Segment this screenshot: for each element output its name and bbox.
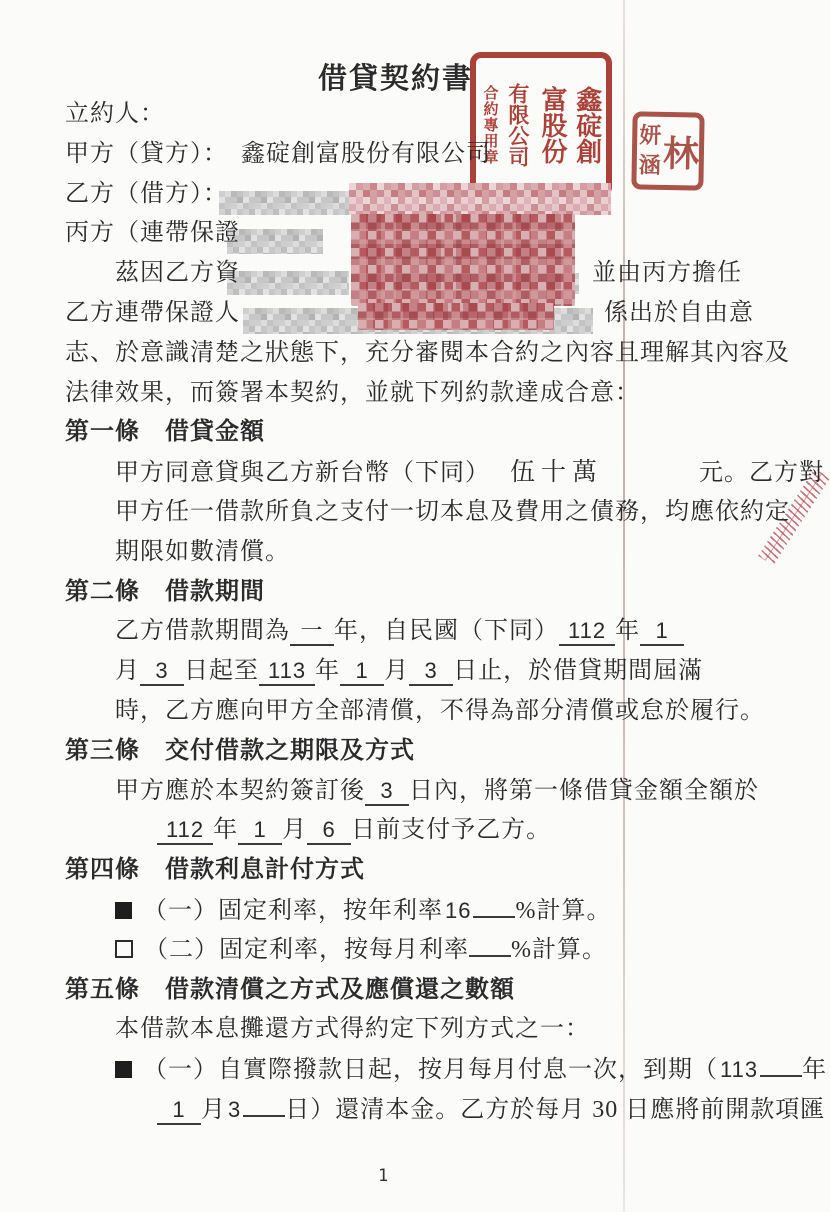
- line-text: 立約人：: [65, 101, 165, 127]
- contract-line: 乙方（借方）：: [65, 175, 785, 215]
- filled-number: 16: [443, 898, 473, 923]
- line-text: 甲方（貸方）： 鑫碇創富股份有限公司: [65, 141, 491, 167]
- contract-line: 本借款本息攤還方式得約定下列方式之一：: [65, 1010, 785, 1050]
- line-text: %計算。: [515, 898, 611, 924]
- line-text: 係出於自由意: [604, 300, 754, 326]
- blank-field: 3: [409, 658, 453, 686]
- article-heading-line: 第五條 借款清償之方式及應償還之數額: [65, 971, 785, 1011]
- line-text: 乙方（借方）：: [65, 181, 228, 207]
- contract-line: 時，乙方應向甲方全部清償，不得為部分清償或怠於履行。: [65, 692, 785, 732]
- document-title: 借貸契約書: [318, 56, 473, 97]
- blank-field: 113: [259, 658, 315, 686]
- line-text: 日止，於借貸期間屆滿: [453, 658, 703, 684]
- line-text: 日前支付予乙方。: [351, 817, 551, 843]
- contract-line: 立約人：: [65, 95, 785, 135]
- line-text: 日起至: [184, 658, 259, 684]
- contract-line: （一）自實際撥款日起，按月每月付息一次，到期（113年: [65, 1050, 785, 1090]
- line-text: 第三條 交付借款之期限及方式: [65, 738, 415, 764]
- contract-body: 立約人：甲方（貸方）： 鑫碇創富股份有限公司乙方（借方）：丙方（連帶保證茲因乙方…: [65, 95, 785, 1130]
- filled-number: 3: [226, 1097, 243, 1122]
- contract-line: 丙方（連帶保證: [65, 214, 785, 254]
- line-text: 月: [282, 817, 307, 843]
- contract-line: 月3日起至113年1月3日止，於借貸期間屆滿: [65, 652, 785, 692]
- handwritten-amount: 伍十萬: [510, 453, 603, 493]
- contract-line: 茲因乙方資並由丙方擔任: [65, 254, 785, 294]
- contract-line: 期限如數清償。: [65, 533, 785, 573]
- line-text: 月: [384, 658, 409, 684]
- line-text: 甲方應於本契約簽訂後: [115, 778, 365, 804]
- contract-line: 甲方應於本契約簽訂後3日內，將第一條借貸金額全額於: [65, 772, 785, 812]
- line-text: （一）固定利率，按年利率: [143, 898, 443, 924]
- line-text: 年: [615, 618, 640, 644]
- checkbox-filled: [115, 902, 132, 919]
- line-text: %計算。: [511, 937, 607, 963]
- contract-line: （二）固定利率，按每月利率%計算。: [65, 931, 785, 971]
- blank-field: 1: [640, 618, 684, 646]
- line-text: 第五條 借款清償之方式及應償還之數額: [65, 977, 515, 1003]
- line-text: 第二條 借款期間: [65, 579, 265, 605]
- line-text: 甲方同意貸與乙方新台幣（下同）: [115, 460, 490, 486]
- blank-field: 1: [157, 1097, 201, 1125]
- line-text: 乙方連帶保證人: [65, 300, 240, 326]
- line-text: 年: [213, 817, 238, 843]
- blank-field: [469, 955, 511, 957]
- line-text: 年，自民國（下同）: [334, 618, 559, 644]
- scanned-contract-page: 借貸契約書 合約專用章 有限公司 富股份 鑫碇創 妍 涵 林 立約人：甲方（貸方…: [0, 0, 830, 1212]
- contract-line: 乙方借款期間為一年，自民國（下同）112年1: [65, 612, 785, 652]
- blank-field: 1: [340, 658, 384, 686]
- checkbox-filled: [115, 1061, 132, 1078]
- contract-line: 1月3日）還清本金。乙方於每月 30 日應將前開款項匯: [65, 1090, 785, 1130]
- line-text: 第四條 借款利息計付方式: [65, 857, 365, 883]
- line-text: 並由丙方擔任: [592, 260, 742, 286]
- line-text: 日內，將第一條借貸金額全額於: [409, 778, 759, 804]
- line-text: 月: [115, 658, 140, 684]
- article-heading-line: 第四條 借款利息計付方式: [65, 851, 785, 891]
- contract-line: 法律效果，而簽署本契約，並就下列約款達成合意：: [65, 374, 785, 414]
- blank-field: 1: [238, 817, 282, 845]
- line-text: 志、於意識清楚之狀態下，充分審閱本合約之內容且理解其內容及: [65, 340, 790, 366]
- blank-field: 3: [140, 658, 184, 686]
- contract-line: 乙方連帶保證人係出於自由意: [65, 294, 785, 334]
- line-text: 年: [802, 1057, 827, 1083]
- blank-field: [473, 916, 515, 918]
- article-heading-line: 第三條 交付借款之期限及方式: [65, 732, 785, 772]
- contract-line: 甲方（貸方）： 鑫碇創富股份有限公司: [65, 135, 785, 175]
- line-text: 期限如數清償。: [115, 539, 290, 565]
- line-text: 年: [315, 658, 340, 684]
- line-text: 時，乙方應向甲方全部清償，不得為部分清償或怠於履行。: [115, 698, 765, 724]
- contract-line: 甲方同意貸與乙方新台幣（下同）伍十萬元。乙方對: [65, 453, 785, 493]
- line-text: 法律效果，而簽署本契約，並就下列約款達成合意：: [65, 380, 640, 406]
- line-text: 本借款本息攤還方式得約定下列方式之一：: [115, 1016, 590, 1042]
- line-text: 丙方（連帶保證: [65, 220, 240, 246]
- filled-number: 113: [718, 1057, 760, 1082]
- blank-field: 112: [559, 618, 615, 646]
- blank-field: 一: [290, 618, 334, 646]
- contract-line: 志、於意識清楚之狀態下，充分審閱本合約之內容且理解其內容及: [65, 334, 785, 374]
- blank-field: [243, 1115, 285, 1117]
- blank-field: 3: [365, 778, 409, 806]
- line-text: 乙方借款期間為: [115, 618, 290, 644]
- checkbox-empty: [115, 940, 133, 958]
- blank-field: [760, 1075, 802, 1077]
- line-text: 茲因乙方資: [115, 260, 240, 286]
- line-text: 日）還清本金。乙方於每月 30 日應將前開款項匯: [285, 1097, 825, 1123]
- contract-line: （一）固定利率，按年利率16%計算。: [65, 891, 785, 931]
- article-heading-line: 第二條 借款期間: [65, 573, 785, 613]
- blank-field: 6: [307, 817, 351, 845]
- contract-line: 甲方任一借款所負之支付一切本息及費用之債務，均應依約定: [65, 493, 785, 533]
- line-text: （一）自實際撥款日起，按月每月付息一次，到期（: [143, 1057, 718, 1083]
- article-heading-line: 第一條 借貸金額: [65, 413, 785, 453]
- line-text: 月: [201, 1097, 226, 1123]
- line-text: 甲方任一借款所負之支付一切本息及費用之債務，均應依約定: [115, 499, 790, 525]
- blank-field: 112: [157, 817, 213, 845]
- contract-line: 112年1月6日前支付予乙方。: [65, 811, 785, 851]
- line-text: 元。乙方對: [699, 460, 824, 486]
- line-text: 第一條 借貸金額: [65, 419, 265, 445]
- page-number: 1: [378, 1166, 388, 1186]
- line-text: （二）固定利率，按每月利率: [144, 937, 469, 963]
